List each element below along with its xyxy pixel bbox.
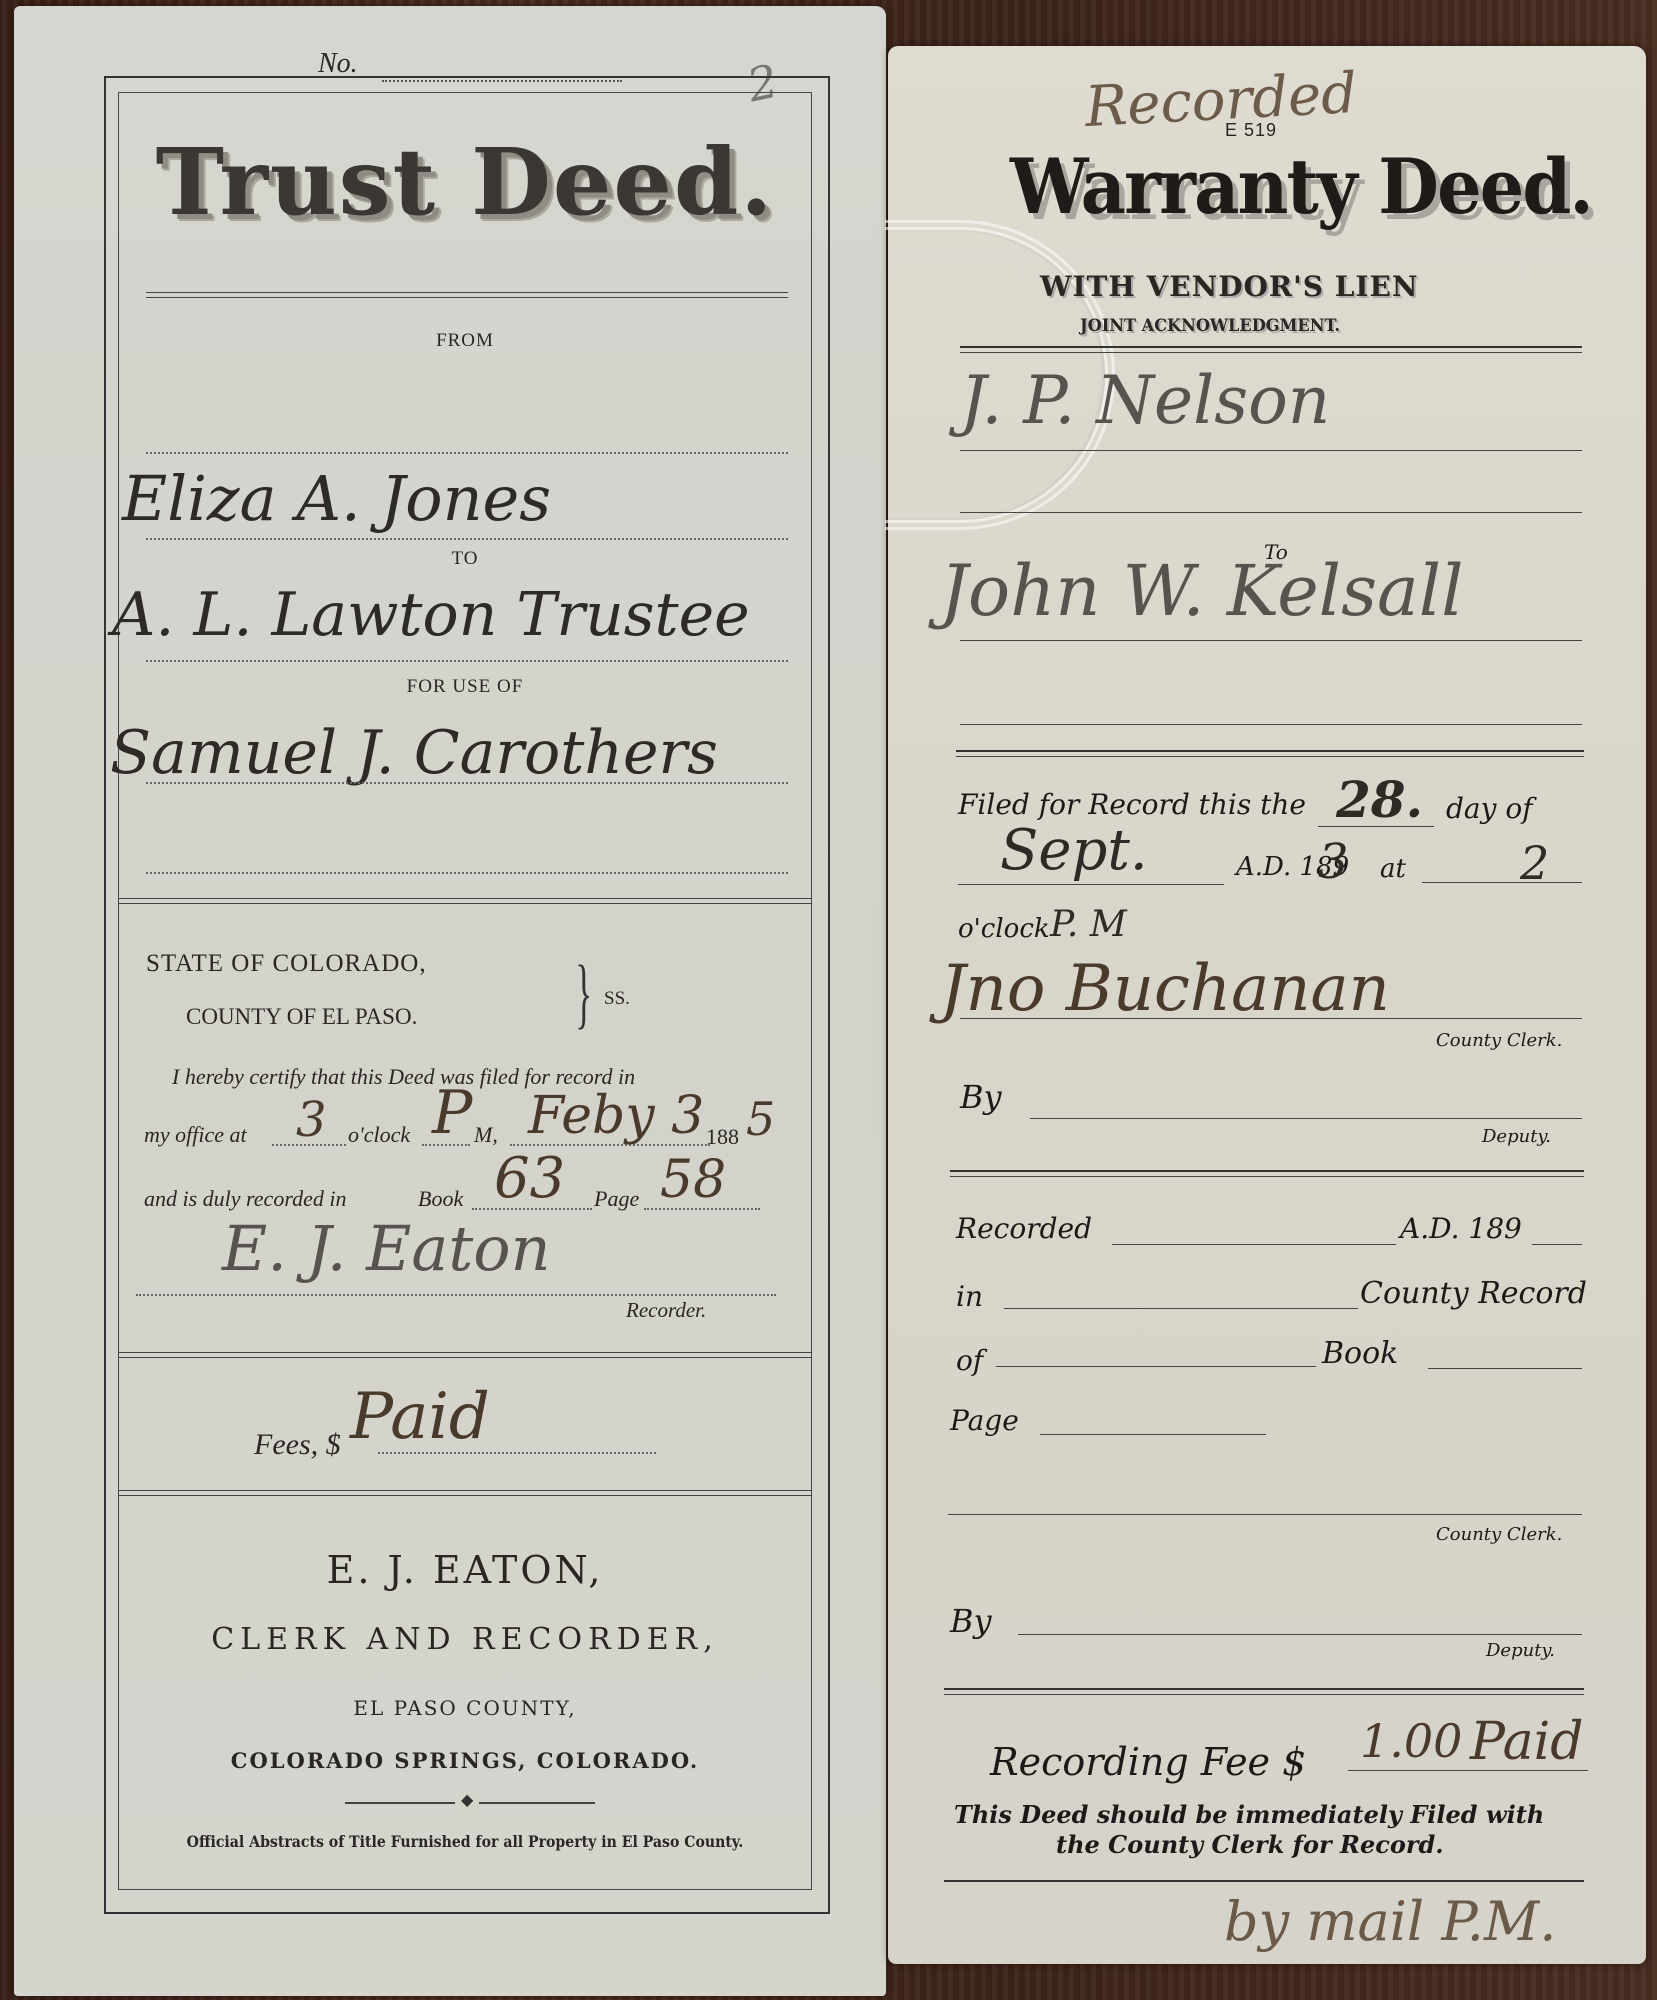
by-label-2: By	[950, 1602, 992, 1640]
book-field	[1428, 1368, 1582, 1369]
day-of-label: day of	[1446, 792, 1533, 825]
warranty-deed-title: Warranty Deed.	[1010, 142, 1592, 231]
deputy-label-2: Deputy.	[1486, 1640, 1555, 1661]
filed-month-handwritten: Sept.	[1000, 818, 1148, 883]
grantee-line-2	[960, 724, 1582, 725]
filed-hour-handwritten: 2	[1520, 836, 1549, 890]
section-rule-2	[950, 1170, 1584, 1172]
grantor-line-2	[960, 512, 1582, 513]
filed-day-handwritten: 28.	[1336, 770, 1423, 829]
meridiem-handwritten: P	[432, 1078, 472, 1148]
book-value-handwritten: 63	[494, 1146, 565, 1211]
trustee-name-handwritten: A. L. Lawton Trustee	[112, 580, 750, 650]
section-rule-2b	[950, 1176, 1584, 1177]
county-label: COUNTY OF EL PASO.	[186, 1004, 417, 1030]
instruction-line-1: This Deed should be immediately Filed wi…	[954, 1800, 1544, 1829]
footer-note: Official Abstracts of Title Furnished fo…	[160, 1832, 771, 1851]
recorder-signature-line	[136, 1294, 776, 1296]
blank-line	[146, 872, 788, 874]
recorded-year-field	[1532, 1244, 1582, 1245]
section-divider-1	[118, 898, 812, 904]
filed-month-field	[958, 884, 1224, 885]
section-rule-4	[944, 1880, 1584, 1882]
city-state: COLORADO SPRINGS, COLORADO.	[118, 1748, 812, 1773]
county-record-label: County Record	[1360, 1276, 1587, 1311]
page-field	[1040, 1434, 1266, 1435]
recording-fee-paid-handwritten: Paid	[1470, 1712, 1584, 1772]
page-label: Page	[594, 1186, 639, 1212]
deputy-label: Deputy.	[1482, 1126, 1551, 1147]
clerk-signature-handwritten: Jno Buchanan	[940, 952, 1390, 1026]
year-suffix-handwritten: 5	[746, 1092, 775, 1146]
form-number: E 519	[1225, 120, 1277, 141]
for-use-of-label: FOR USE OF	[118, 676, 812, 698]
brace-symbol: }	[575, 948, 592, 1038]
year-prefix: 188	[706, 1124, 739, 1150]
clerk-signature-line	[960, 1018, 1582, 1019]
trust-deed-title: Trust Deed.	[118, 128, 812, 236]
bottom-note-handwritten: by mail P.M.	[1224, 1890, 1556, 1953]
recorded-ad-label: A.D. 189	[1400, 1212, 1522, 1245]
county-clerk-line-2	[948, 1514, 1582, 1515]
book-label: Book	[1322, 1336, 1398, 1371]
state-label: STATE OF COLORADO,	[146, 950, 427, 978]
clerk-name: E. J. EATON,	[118, 1548, 812, 1592]
recorder-signature: E. J. Eaton	[222, 1212, 551, 1285]
by-line	[1030, 1118, 1582, 1119]
filed-hour-field	[1422, 882, 1582, 883]
fees-label: Fees, $	[254, 1428, 341, 1462]
of-field	[996, 1366, 1316, 1367]
grantor-name-handwritten: J. P. Nelson	[960, 362, 1330, 439]
from-label: FROM	[118, 330, 812, 352]
in-field	[1004, 1308, 1358, 1309]
recorded-label: Recorded	[956, 1212, 1092, 1245]
recording-fee-value-handwritten: 1.00	[1360, 1714, 1462, 1768]
vendors-lien-subtitle: WITH VENDOR'S LIEN	[1040, 270, 1418, 303]
recorded-field	[1112, 1244, 1396, 1245]
filed-label: Filed for Record this the	[958, 788, 1306, 821]
filed-year-suffix-handwritten: 3	[1318, 834, 1349, 890]
instruction-line-2: the County Clerk for Record.	[1056, 1830, 1444, 1859]
grantor-name-handwritten: Eliza A. Jones	[122, 462, 551, 535]
header-rule-2	[960, 352, 1582, 353]
book-label: Book	[418, 1186, 463, 1212]
by-line-2	[1018, 1634, 1582, 1635]
page-value-handwritten: 58	[660, 1150, 726, 1210]
county-name: EL PASO COUNTY,	[118, 1696, 812, 1720]
grantee-name-handwritten: John W. Kelsall	[940, 550, 1464, 632]
beneficiary-line	[146, 782, 788, 784]
by-label: By	[960, 1078, 1002, 1116]
trustee-line	[146, 660, 788, 662]
hour-handwritten: 3	[296, 1092, 327, 1148]
title-divider	[146, 292, 788, 298]
of-label: of	[956, 1344, 983, 1377]
recorder-label: Recorder.	[626, 1298, 706, 1323]
oclock-label: o'clock	[958, 914, 1050, 944]
to-label: TO	[118, 548, 812, 570]
m-label: M,	[474, 1122, 498, 1148]
county-clerk-label-2: County Clerk.	[1436, 1524, 1562, 1545]
in-label: in	[956, 1280, 983, 1313]
section-rule-1b	[956, 756, 1584, 757]
grantor-line-2	[146, 538, 788, 540]
filed-meridiem-handwritten: P. M	[1050, 904, 1127, 945]
section-rule-3b	[944, 1694, 1584, 1695]
section-rule-1	[956, 750, 1584, 752]
header-rule	[960, 346, 1582, 348]
section-divider-2	[118, 1352, 812, 1358]
county-clerk-label: County Clerk.	[1436, 1030, 1562, 1051]
section-divider-3	[118, 1490, 812, 1496]
clerk-title: CLERK AND RECORDER,	[118, 1622, 812, 1657]
ss-label: SS.	[604, 988, 630, 1010]
at-label: at	[1380, 854, 1406, 884]
ornament-divider	[345, 1798, 595, 1808]
recording-fee-label: Recording Fee $	[990, 1740, 1306, 1784]
recorded-in-label: and is duly recorded in	[144, 1186, 346, 1212]
oclock-label: o'clock	[348, 1122, 410, 1148]
grantor-line-1	[146, 452, 788, 454]
grantee-line-1	[960, 640, 1582, 641]
inner-border-frame	[118, 92, 812, 1890]
date-handwritten: Feby 3	[528, 1086, 704, 1146]
page-label: Page	[950, 1404, 1019, 1437]
office-at-label: my office at	[144, 1122, 247, 1148]
grantor-line-1	[960, 450, 1582, 451]
beneficiary-name-handwritten: Samuel J. Carothers	[110, 718, 718, 788]
section-rule-3	[944, 1688, 1584, 1690]
fees-paid-handwritten: Paid	[350, 1380, 490, 1454]
joint-acknowledgment-subtitle: JOINT ACKNOWLEDGMENT.	[1080, 316, 1340, 336]
